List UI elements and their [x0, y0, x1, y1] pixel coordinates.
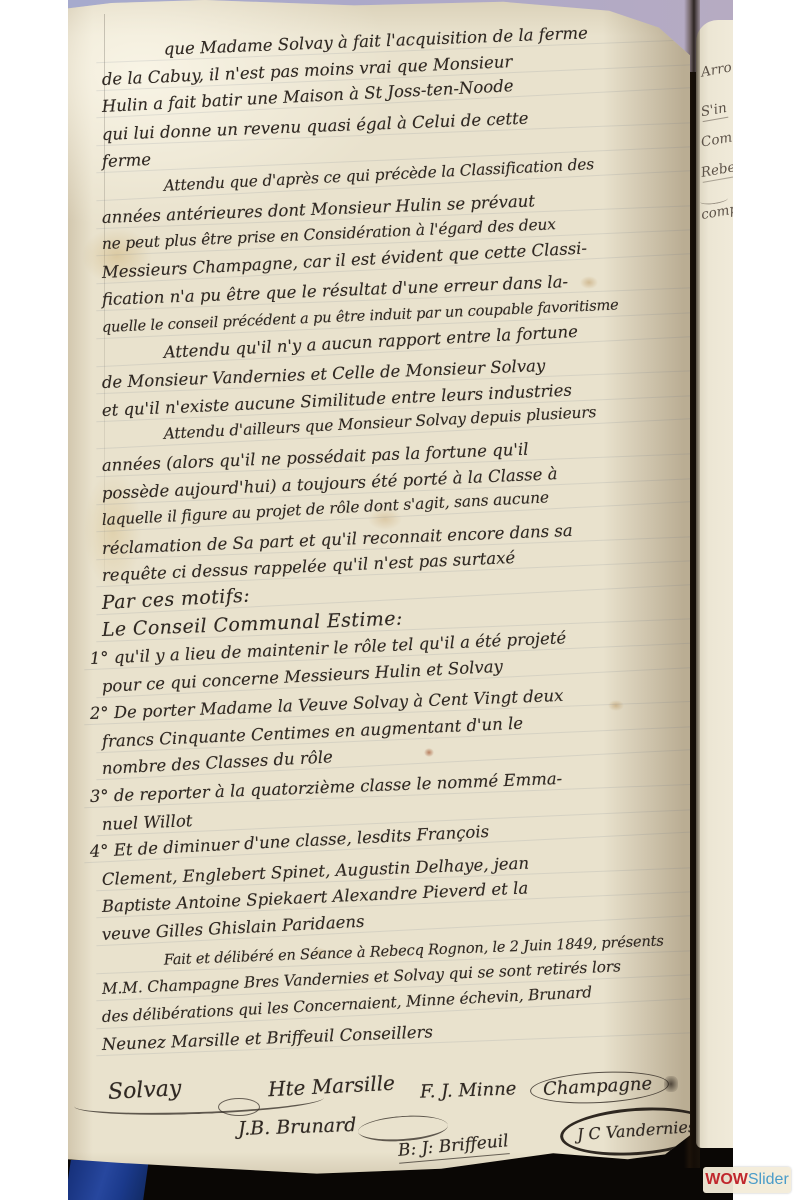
- next-page-edge: Arro S'in Com Rebe comp: [696, 20, 733, 1148]
- next-page-fragment: Arro: [700, 59, 733, 80]
- signature-solvay: Solvay: [107, 1076, 182, 1105]
- manuscript-text-block: que Madame Solvay à fait l'acquisition d…: [102, 38, 690, 1059]
- signature-briffeuil: B: J: Briffeuil: [397, 1131, 509, 1164]
- manuscript-photo: Arro S'in Com Rebe comp que Madame Solva…: [68, 0, 733, 1200]
- ink-flourish: [218, 1098, 260, 1116]
- manuscript-page: que Madame Solvay à fait l'acquisition d…: [68, 0, 690, 1200]
- signature-minne: F. J. Minne: [420, 1078, 517, 1102]
- next-page-fragment: Com: [700, 129, 733, 150]
- wowslider-watermark[interactable]: WOWSlider: [703, 1167, 791, 1193]
- signature-champagne: Champagne: [529, 1068, 670, 1106]
- blue-fabric: [68, 1160, 149, 1200]
- signature-brunard: J.B. Brunard: [238, 1114, 357, 1140]
- next-page-fragment: Rebe: [700, 159, 733, 183]
- signature-marsille: Hte Marsille: [267, 1071, 395, 1102]
- signature-block: Solvay Hte Marsille F. J. Minne Champagn…: [68, 1064, 690, 1194]
- next-page-fragment: S'in: [700, 100, 729, 122]
- wowslider-wow-text: WOW: [705, 1171, 748, 1189]
- wowslider-slider-text: Slider: [748, 1171, 789, 1189]
